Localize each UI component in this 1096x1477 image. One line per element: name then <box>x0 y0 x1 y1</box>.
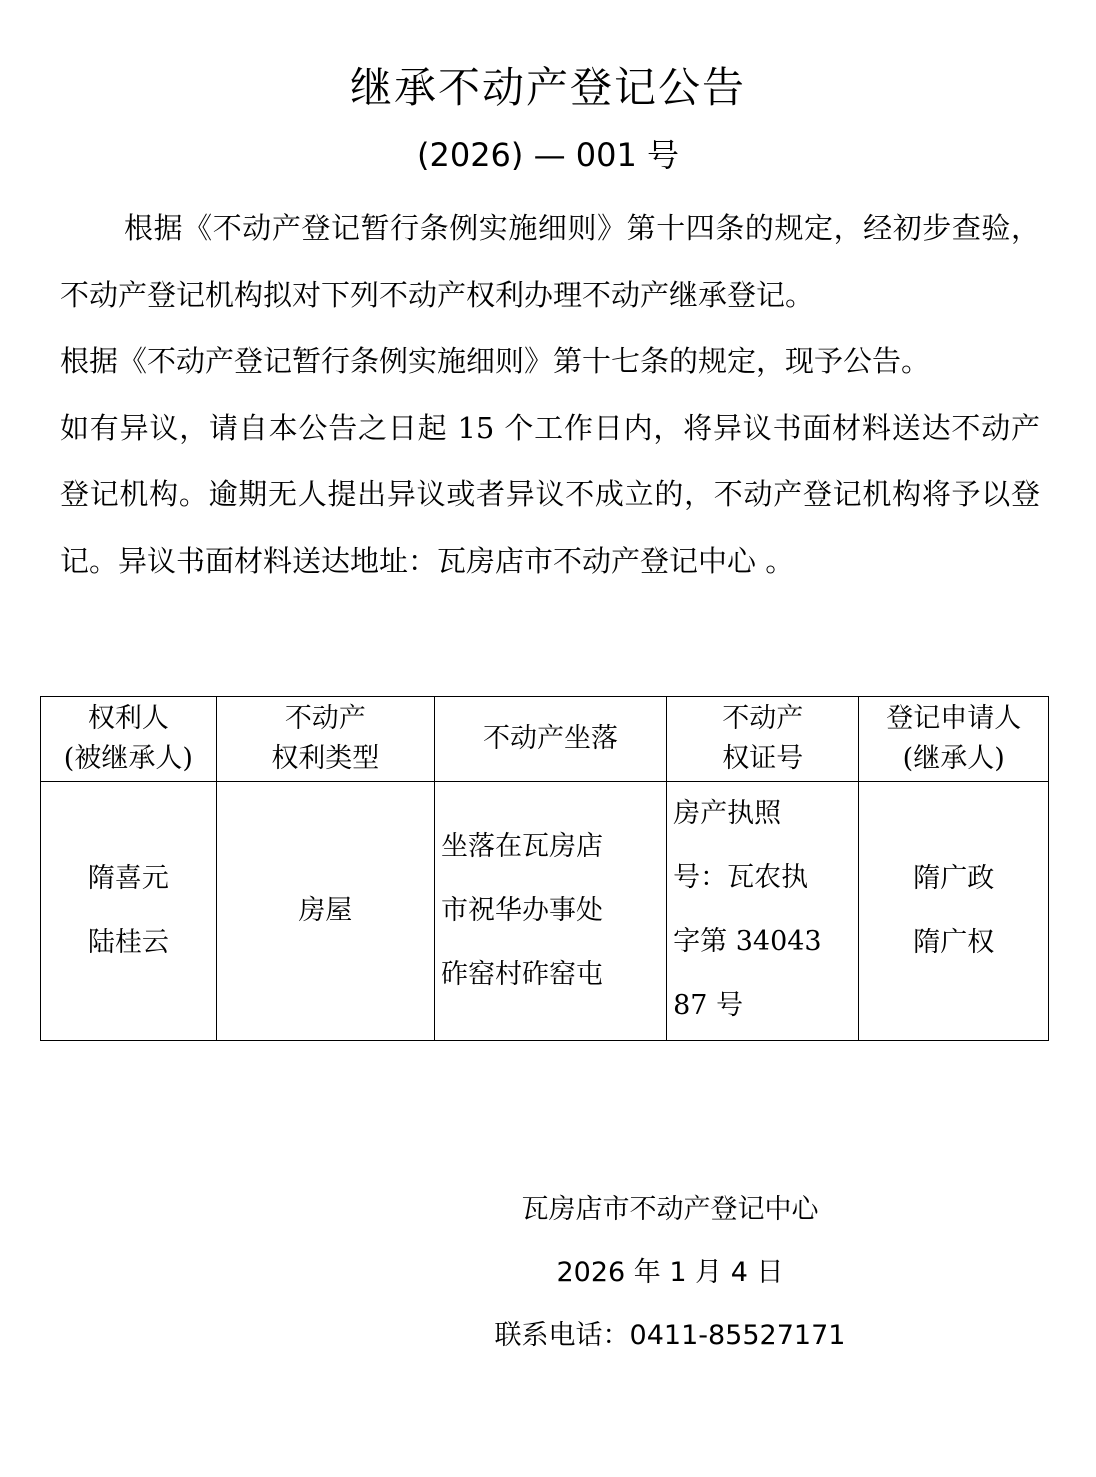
header-line: 不动产 <box>673 699 852 739</box>
location-line: 砟窑村砟窑屯 <box>441 943 660 1007</box>
issue-date: 2026 年 1 月 4 日 <box>420 1250 920 1289</box>
header-line: 权利类型 <box>223 739 428 779</box>
page-title: 继承不动产登记公告 <box>0 58 1096 118</box>
header-line: 不动产 <box>223 699 428 739</box>
table-row: 隋喜元 陆桂云 房屋 坐落在瓦房店 市祝华办事处 砟窑村砟窑屯 房产执照 号：瓦… <box>41 782 1049 1041</box>
header-certificate: 不动产 权证号 <box>667 697 859 782</box>
cell-right-holders: 隋喜元 陆桂云 <box>41 782 217 1041</box>
header-line: (被继承人) <box>47 739 210 779</box>
issuer-name: 瓦房店市不动产登记中心 <box>420 1187 920 1226</box>
paragraph-1: 根据《不动产登记暂行条例实施细则》第十四条的规定，经初步查验，不动产登记机构拟对… <box>60 195 1040 328</box>
registration-table: 权利人 (被继承人) 不动产 权利类型 不动产坐落 不动产 权证号 登记申请人 … <box>40 696 1049 1041</box>
header-location: 不动产坐落 <box>434 697 666 782</box>
header-line: 登记申请人 <box>865 699 1042 739</box>
certificate-line: 号：瓦农执 <box>673 846 852 910</box>
header-line: (继承人) <box>865 739 1042 779</box>
paragraph-2: 根据《不动产登记暂行条例实施细则》第十七条的规定，现予公告。 <box>60 328 1040 395</box>
header-line: 不动产坐落 <box>441 719 660 759</box>
contact-phone: 联系电话：0411-85527171 <box>420 1313 920 1352</box>
header-right-type: 不动产 权利类型 <box>216 697 434 782</box>
certificate-line: 房产执照 <box>673 782 852 846</box>
header-line: 权利人 <box>47 699 210 739</box>
certificate-line: 87 号 <box>673 974 852 1038</box>
right-holder-name: 陆桂云 <box>47 911 210 975</box>
applicant-name: 隋广政 <box>865 847 1042 911</box>
cell-applicants: 隋广政 隋广权 <box>859 782 1049 1041</box>
header-applicant: 登记申请人 (继承人) <box>859 697 1049 782</box>
paragraph-3: 如有异议，请自本公告之日起 15 个工作日内，将异议书面材料送达不动产登记机构。… <box>60 395 1040 595</box>
table-header-row: 权利人 (被继承人) 不动产 权利类型 不动产坐落 不动产 权证号 登记申请人 … <box>41 697 1049 782</box>
document-number: (2026) — 001 号 <box>0 130 1096 180</box>
applicant-name: 隋广权 <box>865 911 1042 975</box>
header-line: 权证号 <box>673 739 852 779</box>
cell-right-type: 房屋 <box>216 782 434 1041</box>
notice-body: 根据《不动产登记暂行条例实施细则》第十四条的规定，经初步查验，不动产登记机构拟对… <box>60 195 1040 594</box>
cell-location: 坐落在瓦房店 市祝华办事处 砟窑村砟窑屯 <box>434 782 666 1041</box>
header-right-holder: 权利人 (被继承人) <box>41 697 217 782</box>
location-line: 坐落在瓦房店 <box>441 815 660 879</box>
right-holder-name: 隋喜元 <box>47 847 210 911</box>
certificate-line: 字第 34043 <box>673 910 852 974</box>
location-line: 市祝华办事处 <box>441 879 660 943</box>
cell-certificate: 房产执照 号：瓦农执 字第 34043 87 号 <box>667 782 859 1041</box>
